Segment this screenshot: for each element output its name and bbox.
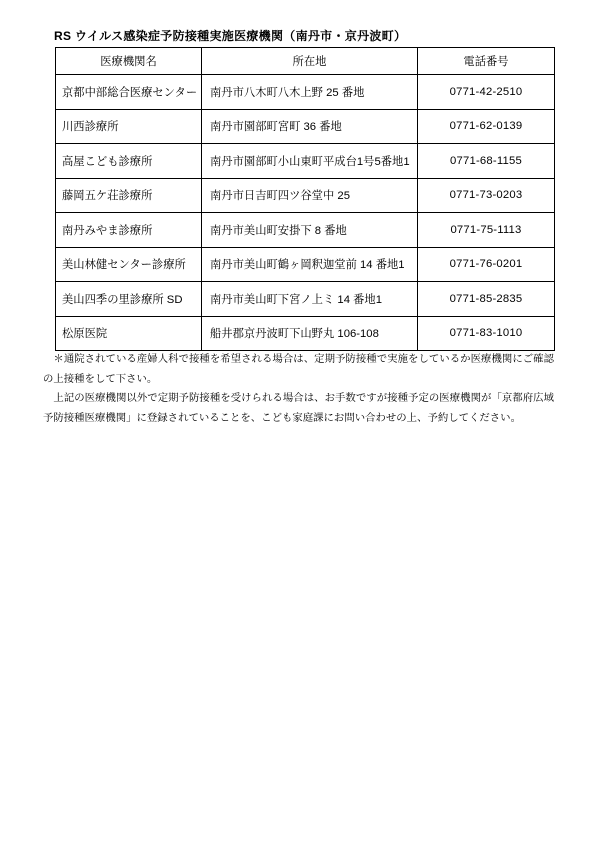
cell-clinic-name: 藤岡五ケ荘診療所 [56,178,202,213]
cell-phone: 0771-83-1010 [418,316,555,351]
cell-address: 南丹市美山町鶴ヶ岡釈迦堂前 14 番地1 [202,247,418,282]
cell-clinic-name: 京都中部総合医療センター [56,75,202,110]
table-row: 高屋こども診療所 南丹市園部町小山東町平成台1号5番地1 0771-68-115… [56,144,555,179]
cell-phone: 0771-62-0139 [418,109,555,144]
cell-clinic-name: 川西診療所 [56,109,202,144]
note-paragraph: 上記の医療機関以外で定期予防接種を受けられる場合は、お手数ですが接種予定の医療機… [43,389,554,428]
clinic-table: 医療機関名 所在地 電話番号 京都中部総合医療センター 南丹市八木町八木上野 2… [55,47,555,351]
cell-address: 南丹市美山町安掛下 8 番地 [202,213,418,248]
cell-phone: 0771-75-1113 [418,213,555,248]
table-row: 藤岡五ケ荘診療所 南丹市日吉町四ツ谷堂中 25 0771-73-0203 [56,178,555,213]
cell-clinic-name: 高屋こども診療所 [56,144,202,179]
cell-address: 南丹市園部町小山東町平成台1号5番地1 [202,144,418,179]
table-row: 川西診療所 南丹市園部町宮町 36 番地 0771-62-0139 [56,109,555,144]
cell-address: 船井郡京丹波町下山野丸 106-108 [202,316,418,351]
cell-phone: 0771-42-2510 [418,75,555,110]
table-row: 京都中部総合医療センター 南丹市八木町八木上野 25 番地 0771-42-25… [56,75,555,110]
notes-section: ＊通院されている産婦人科で接種を希望される場合は、定期予防接種で実施をしているか… [43,350,554,428]
cell-phone: 0771-68-1155 [418,144,555,179]
table-row: 美山林健センター診療所 南丹市美山町鶴ヶ岡釈迦堂前 14 番地1 0771-76… [56,247,555,282]
header-clinic-name: 医療機関名 [56,48,202,75]
table-row: 南丹みやま診療所 南丹市美山町安掛下 8 番地 0771-75-1113 [56,213,555,248]
document-page: RS ウイルス感染症予防接種実施医療機関（南丹市・京丹波町） 医療機関名 所在地… [0,0,596,842]
header-phone: 電話番号 [418,48,555,75]
table-header-row: 医療機関名 所在地 電話番号 [56,48,555,75]
cell-phone: 0771-76-0201 [418,247,555,282]
cell-address: 南丹市八木町八木上野 25 番地 [202,75,418,110]
cell-clinic-name: 南丹みやま診療所 [56,213,202,248]
header-address: 所在地 [202,48,418,75]
cell-clinic-name: 美山林健センター診療所 [56,247,202,282]
cell-address: 南丹市園部町宮町 36 番地 [202,109,418,144]
cell-clinic-name: 美山四季の里診療所 SD [56,282,202,317]
cell-address: 南丹市美山町下宮ノ上ミ 14 番地1 [202,282,418,317]
cell-phone: 0771-73-0203 [418,178,555,213]
table-row: 美山四季の里診療所 SD 南丹市美山町下宮ノ上ミ 14 番地1 0771-85-… [56,282,555,317]
cell-phone: 0771-85-2835 [418,282,555,317]
note-paragraph: ＊通院されている産婦人科で接種を希望される場合は、定期予防接種で実施をしているか… [43,350,554,389]
cell-address: 南丹市日吉町四ツ谷堂中 25 [202,178,418,213]
document-title: RS ウイルス感染症予防接種実施医療機関（南丹市・京丹波町） [54,27,406,44]
cell-clinic-name: 松原医院 [56,316,202,351]
table-row: 松原医院 船井郡京丹波町下山野丸 106-108 0771-83-1010 [56,316,555,351]
